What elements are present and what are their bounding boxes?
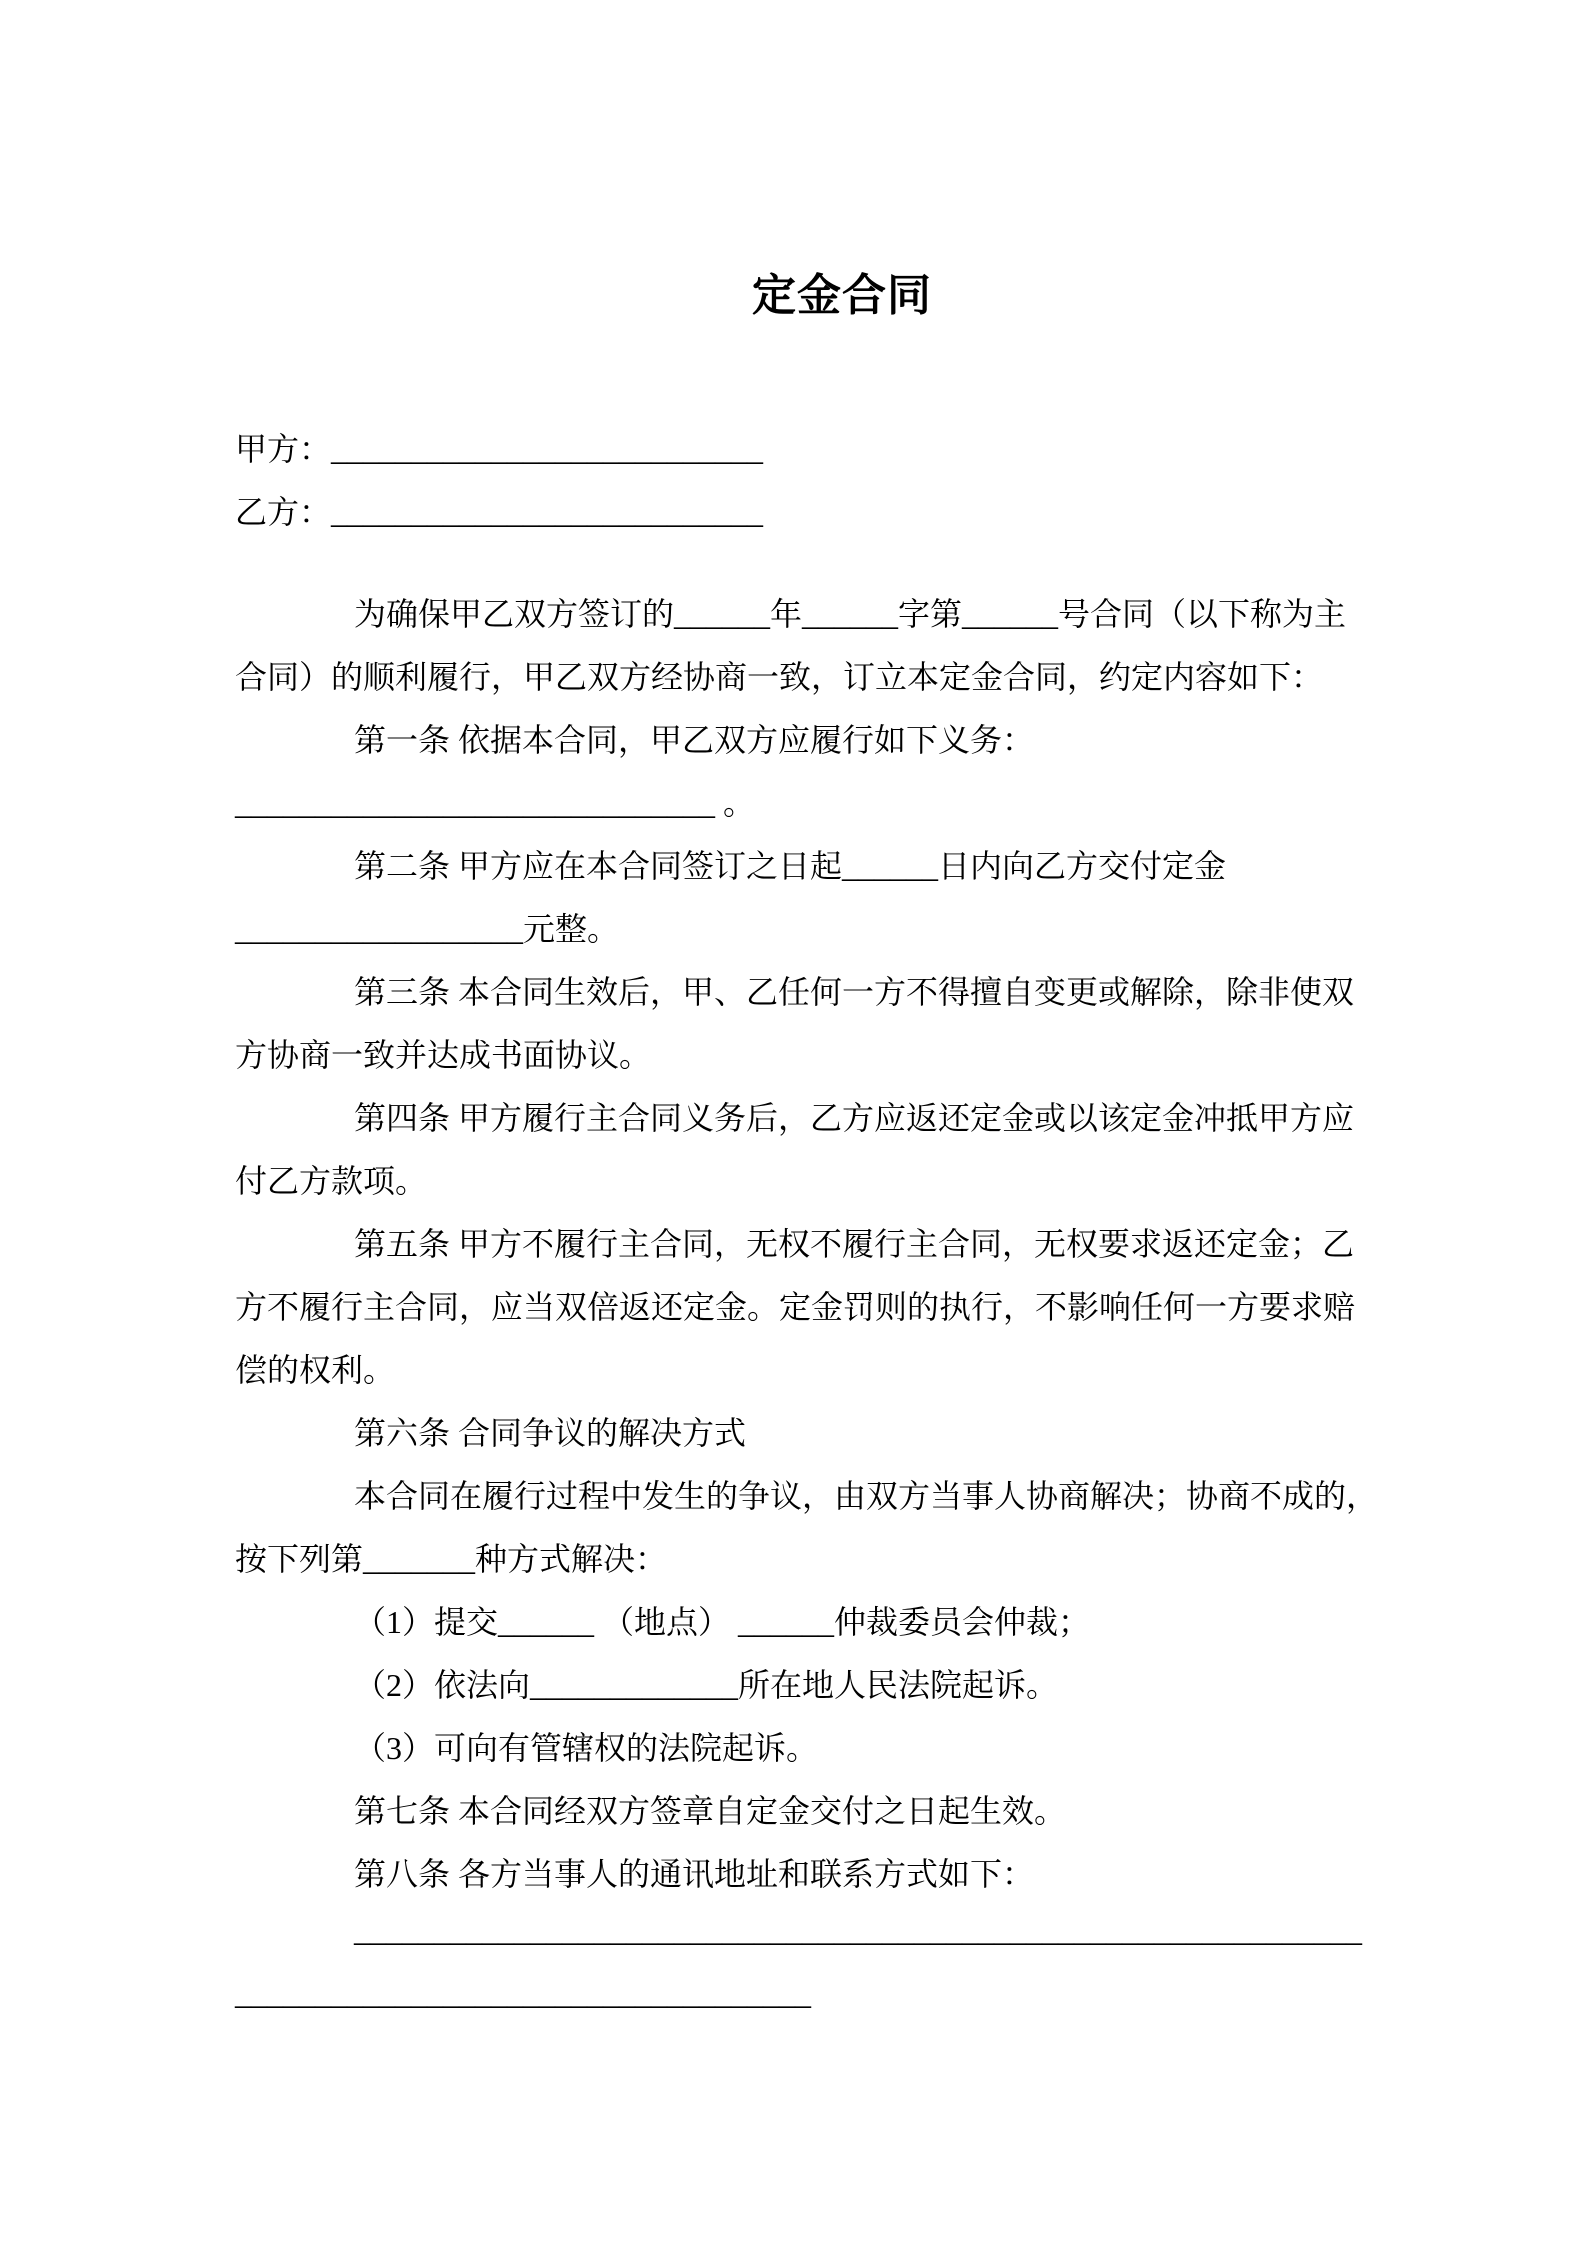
dispute-option-2: （2）依法向_____________所在地人民法院起诉。	[235, 1654, 1365, 1717]
clause-5-line-2: 方不履行主合同，应当双倍返还定金。定金罚则的执行，不影响任何一方要求赔	[235, 1276, 1365, 1339]
clause-1: 第一条 依据本合同，甲乙双方应履行如下义务：	[235, 709, 1365, 772]
clause-2-amount-blank: __________________元整。	[235, 898, 1365, 961]
dispute-option-1: （1）提交______ （地点） ______仲裁委员会仲裁；	[235, 1591, 1365, 1654]
clause-8: 第八条 各方当事人的通讯地址和联系方式如下：	[235, 1843, 1365, 1906]
party-b-label: 乙方：	[235, 494, 331, 530]
clause-5-line-3: 偿的权利。	[235, 1339, 1365, 1402]
clause-3-line-1: 第三条 本合同生效后，甲、乙任何一方不得擅自变更或解除，除非使双	[235, 961, 1365, 1024]
party-b-blank: ___________________________	[331, 494, 763, 530]
clause-2: 第二条 甲方应在本合同签订之日起______日内向乙方交付定金	[235, 835, 1365, 898]
intro-line-1: 为确保甲乙双方签订的______年______字第______号合同（以下称为主	[235, 583, 1365, 646]
party-a-row: 甲方：___________________________	[235, 418, 1365, 481]
clause-3-line-2: 方协商一致并达成书面协议。	[235, 1024, 1365, 1087]
contract-page: 定金合同 甲方：___________________________ 乙方：_…	[0, 0, 1587, 2245]
intro-line-2: 合同）的顺利履行，甲乙双方经协商一致，订立本定金合同，约定内容如下：	[235, 646, 1365, 709]
dispute-line-1: 本合同在履行过程中发生的争议，由双方当事人协商解决；协商不成的，	[235, 1465, 1365, 1528]
clause-4-line-2: 付乙方款项。	[235, 1150, 1365, 1213]
clause-5-line-1: 第五条 甲方不履行主合同，无权不履行主合同，无权要求返还定金；乙	[235, 1213, 1365, 1276]
clause-4-line-1: 第四条 甲方履行主合同义务后，乙方应返还定金或以该定金冲抵甲方应	[235, 1087, 1365, 1150]
party-b-row: 乙方：___________________________	[235, 481, 1365, 544]
clause-1-blank-line: ______________________________ 。	[235, 772, 1365, 835]
dispute-option-3: （3）可向有管辖权的法院起诉。	[235, 1717, 1365, 1780]
clause-6-heading: 第六条 合同争议的解决方式	[235, 1402, 1365, 1465]
dispute-line-2: 按下列第_______种方式解决：	[235, 1528, 1365, 1591]
contact-blank-line-2: ____________________________________	[235, 1962, 1365, 2025]
party-a-blank: ___________________________	[331, 431, 763, 467]
contact-blank-line-1: ________________________________________…	[235, 1899, 1365, 1962]
clause-7: 第七条 本合同经双方签章自定金交付之日起生效。	[235, 1780, 1365, 1843]
document-title: 定金合同	[235, 263, 1359, 329]
party-a-label: 甲方：	[235, 431, 331, 467]
